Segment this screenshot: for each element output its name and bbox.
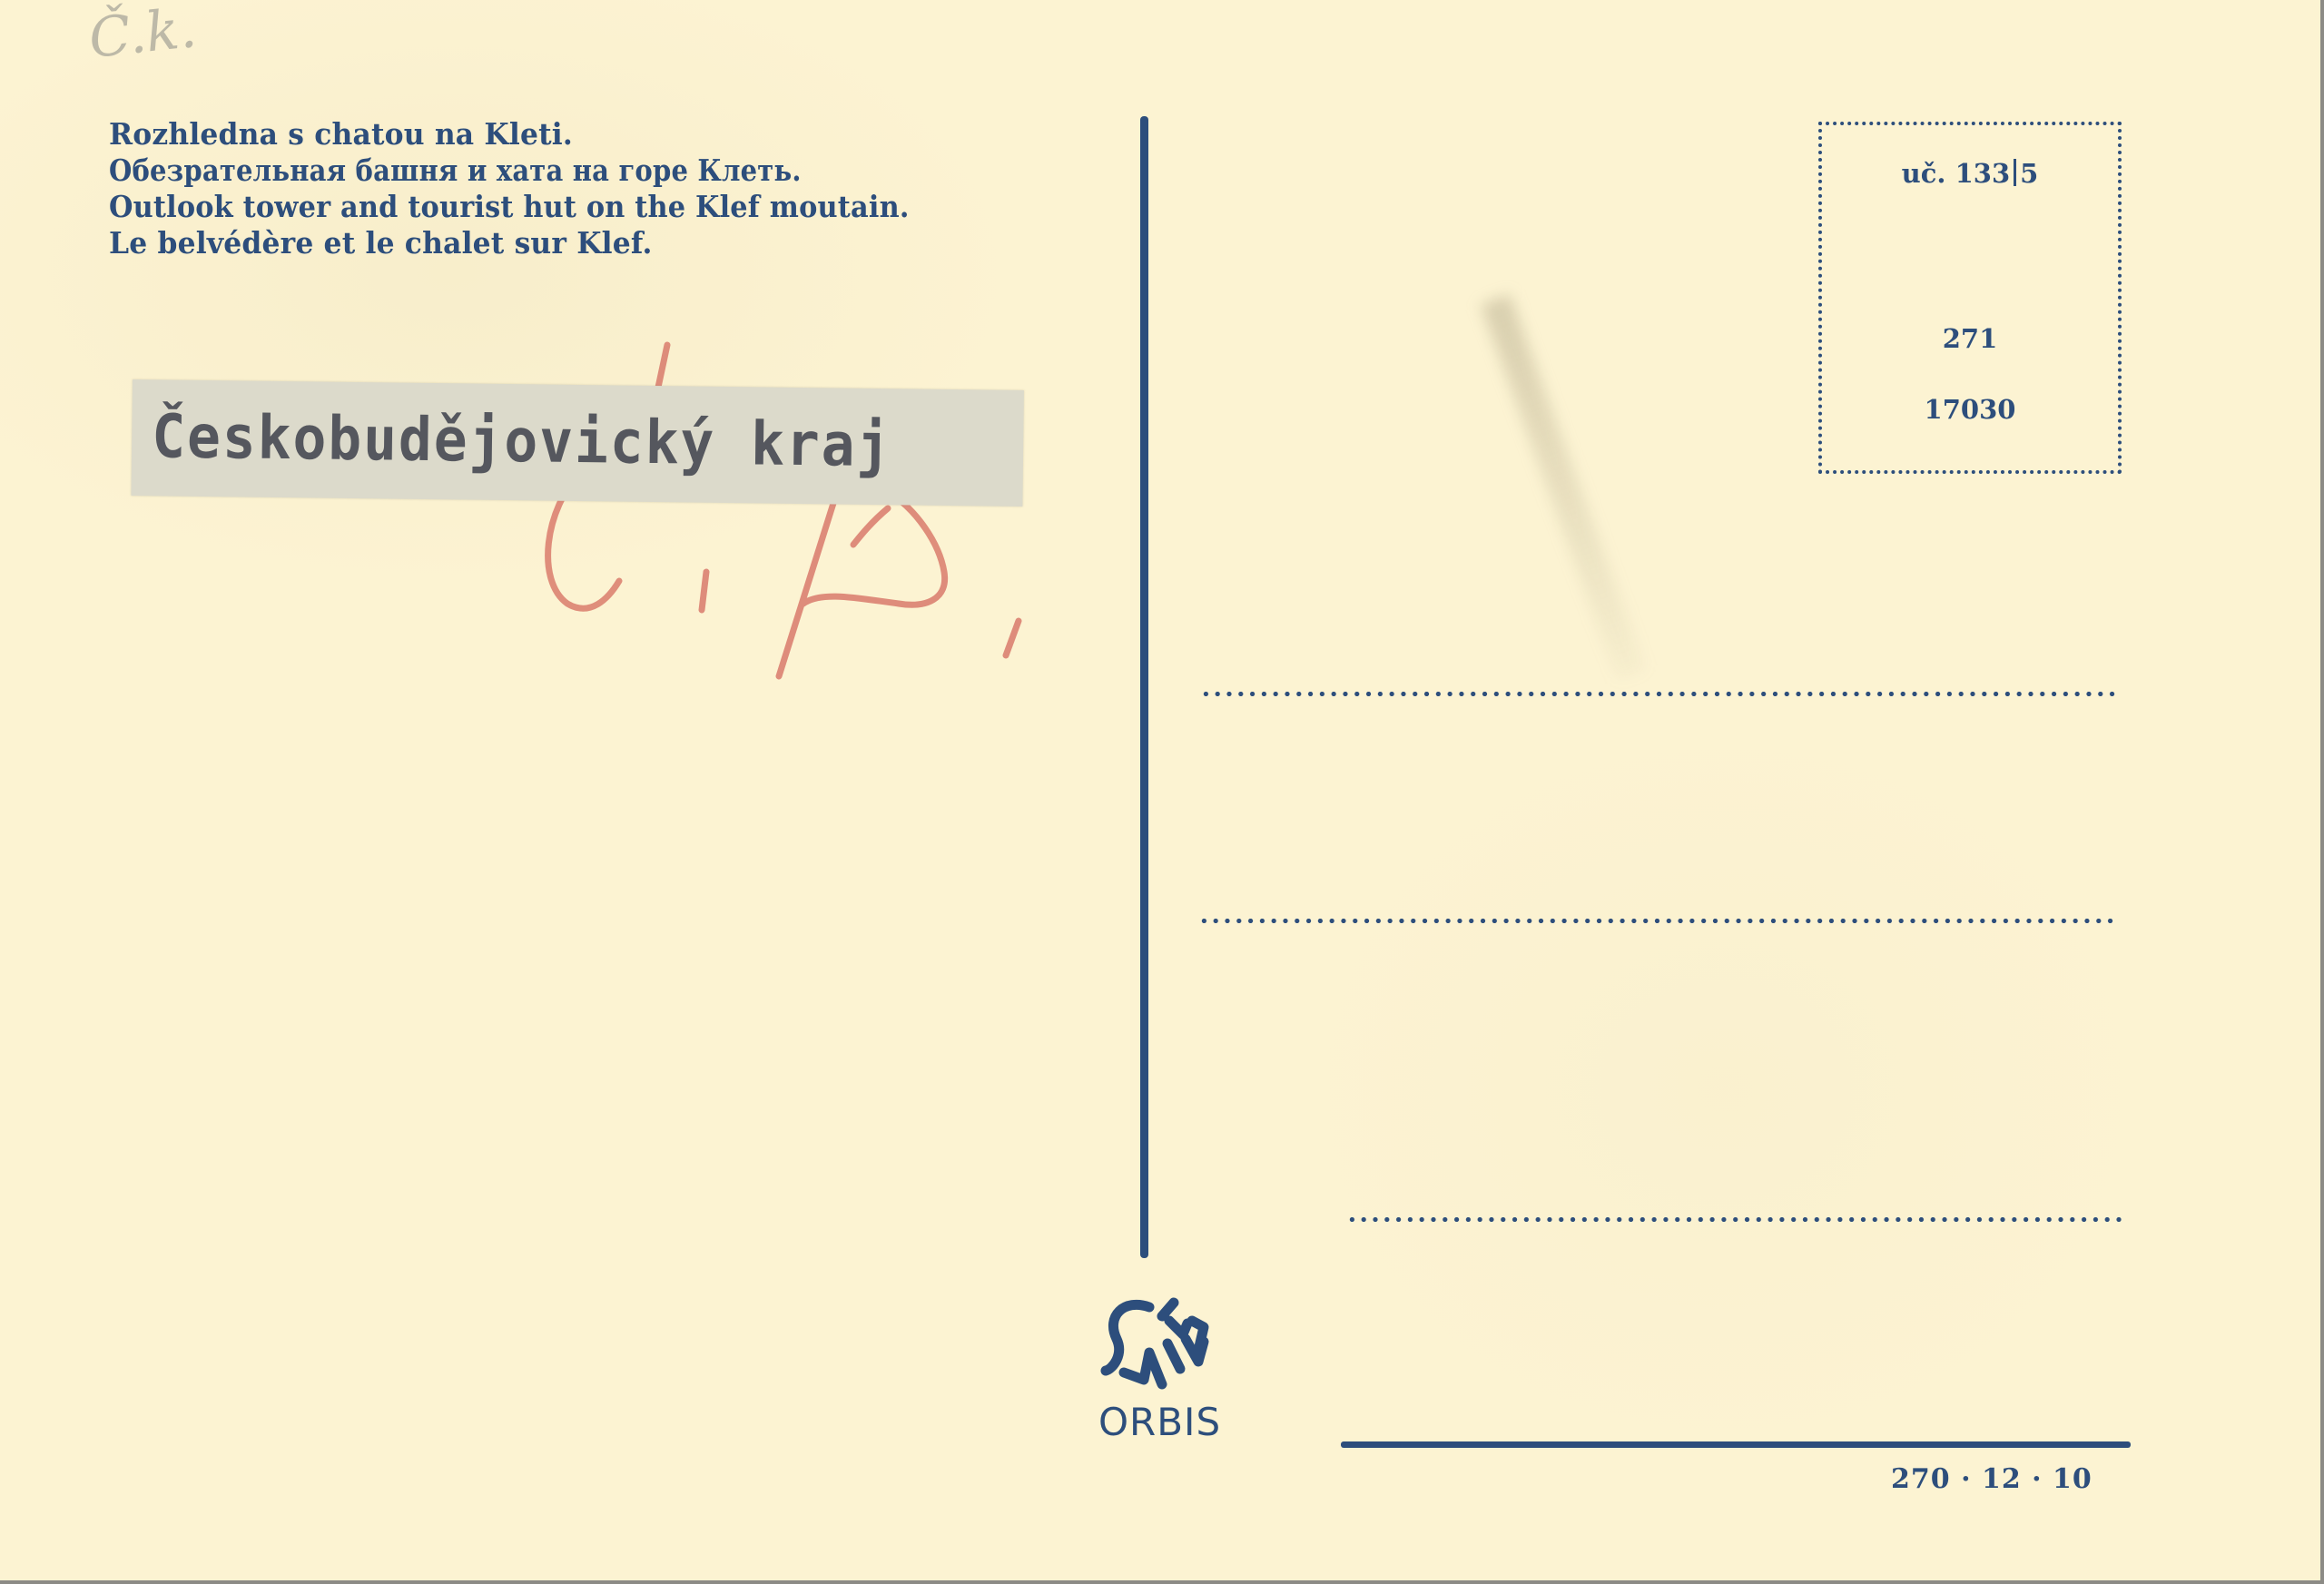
publisher-name: ORBIS: [1098, 1400, 1216, 1444]
stamp-number-1: 271: [1822, 323, 2118, 354]
pasted-region-label: Českobudějovický kraj: [131, 379, 1023, 507]
address-line-3: [1346, 1217, 2127, 1222]
stamp-box: uč. 1335 271 17030: [1818, 122, 2122, 474]
pencil-smudge: [1481, 294, 1646, 680]
address-baseline-rule: [1341, 1441, 2131, 1448]
center-divider-line: [1140, 116, 1148, 1258]
svet-monogram-logo-icon: [1097, 1289, 1215, 1398]
address-line-1: [1200, 692, 2115, 696]
separator-bar: [2014, 159, 2016, 186]
print-code: 270 · 12 · 10: [1891, 1463, 2093, 1495]
stamp-reference: uč. 1335: [1822, 158, 2118, 189]
region-label-text: Českobudějovický kraj: [152, 401, 892, 480]
postcard-back: Č.k. Rozhledna s chatou na Kleti. Обезра…: [0, 0, 2324, 1584]
address-line-2: [1198, 919, 2113, 923]
red-pencil-note-icon: [0, 0, 1089, 708]
stamp-number-2: 17030: [1822, 394, 2118, 425]
